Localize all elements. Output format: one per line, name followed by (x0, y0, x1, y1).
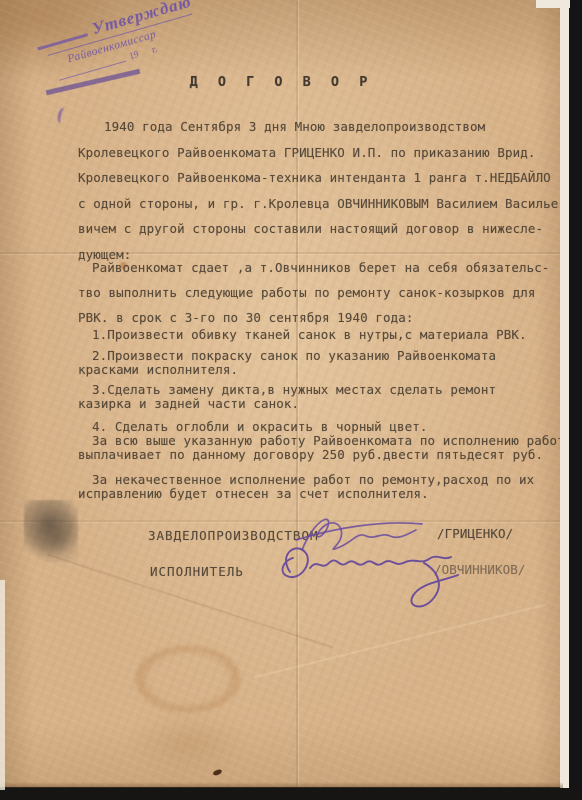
paragraph-liability: За некачественное исполнение работ по ре… (78, 473, 534, 501)
work-item-2: 2.Произвести покраску санок по указанию … (78, 349, 496, 377)
text-line: 3.Сделать замену дикта,в нужных местах с… (78, 383, 496, 397)
paragraph-intro: 1940 года Сентября 3 дня Мною завделопро… (78, 114, 558, 268)
work-item-1: 1.Произвести обивку тканей санок в нутры… (92, 327, 527, 342)
text-line: Кролевецкого Райвоенкома-техника интенда… (78, 165, 558, 191)
paragraph-payment: За всю выше указанную работу Райвоенкома… (78, 434, 572, 462)
text-line: исправлению будет отнесен за счет исполн… (78, 487, 534, 501)
text-line: 1940 года Сентября 3 дня Мною завделопро… (78, 114, 558, 140)
text-line: казирка и задней части санок. (78, 397, 496, 411)
signer-name-ovchinnikov: /ОВЧИННИКОВ/ (434, 562, 526, 577)
dark-speck (212, 769, 222, 777)
ink-smudge (24, 500, 78, 562)
signer-name-gritsenko: /ГРИЦЕНКО/ (437, 526, 513, 541)
text-line: вичем с другой стороны составили настоящ… (78, 216, 558, 242)
signer-role-clerk: ЗАВДЕЛОПРОИЗВОДСТВОМ (148, 528, 319, 543)
stamp-g-text: г. (151, 45, 159, 56)
stamp-year-text: 19 (128, 50, 140, 62)
stamp-line-segment (37, 33, 88, 50)
text-line: Райвоенкомат сдает ,а т.Овчинников берет… (78, 255, 550, 280)
text-line: красками исполнителя. (78, 363, 496, 377)
scan-edge-bottom-black (0, 788, 582, 800)
ring-stain (136, 646, 240, 712)
scan-edge-topright-white (536, 0, 570, 8)
document-title: Д О Г О В О Р (0, 74, 563, 90)
text-line: За всю выше указанную работу Райвоенкома… (78, 434, 572, 448)
scan-edge-left-white (0, 580, 5, 790)
text-line: 2.Произвести покраску санок по указанию … (78, 349, 496, 363)
paragraph-obligation: Райвоенкомат сдает ,а т.Овчинников берет… (78, 255, 550, 331)
text-line: Кролевецкого Райвоенкомата ГРИЦЕНКО И.П.… (78, 140, 558, 166)
diagonal-crease-right (254, 604, 545, 678)
document-paper: Утверждаю Райвоенкомиссар 19 г. Д О Г О … (0, 0, 563, 787)
faint-blot (128, 712, 248, 772)
work-item-4: 4. Сделать оглобли и окрасить в чорный ц… (92, 419, 428, 434)
text-line: выплачивает по данному договору 250 руб.… (78, 448, 572, 462)
signer-role-executor: ИСПОЛНИТЕЛЬ (150, 564, 244, 579)
scan-edge-right-black (569, 0, 582, 800)
horizontal-fold-crease-lower (0, 520, 563, 522)
handwritten-ink-mark (56, 107, 72, 125)
text-line: тво выполнить следующие работы по ремонт… (78, 280, 550, 305)
text-line: За некачественное исполнение работ по ре… (78, 473, 534, 487)
signature-ovchinnikov (272, 540, 472, 620)
text-line: с одной стороны, и гр. г.Кролевца ОВЧИНН… (78, 191, 558, 217)
work-item-3: 3.Сделать замену дикта,в нужных местах с… (78, 383, 496, 411)
